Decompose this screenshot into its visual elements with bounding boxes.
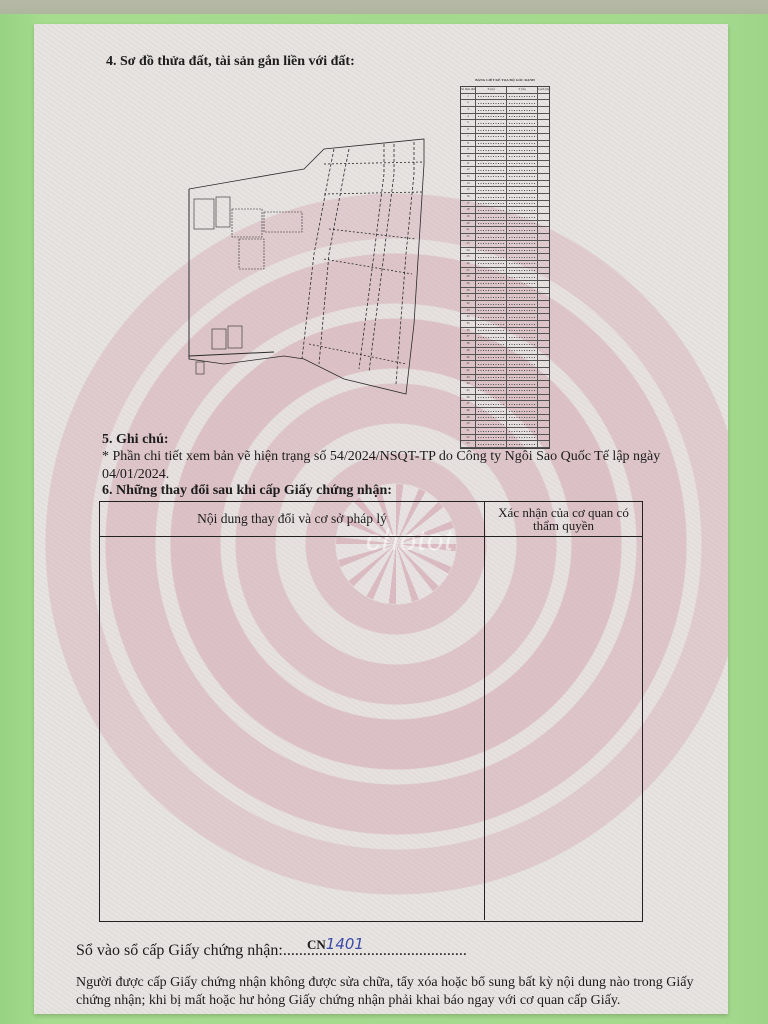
section-6-heading: 6. Những thay đổi sau khi cấp Giấy chứng… [102,483,392,499]
coordinate-cell [538,107,549,113]
coordinate-cell [507,355,538,361]
coordinate-cell [507,100,538,106]
coordinate-cell [507,214,538,220]
vertex-label: 35 [461,321,476,327]
coordinate-cell [476,361,507,367]
column-header-confirmation: Xác nhận của cơ quan có thẩm quyền [485,502,642,536]
coordinate-cell [538,174,549,180]
coordinate-row: 37 [461,334,549,341]
coordinate-cell [476,321,507,327]
vertex-label: 8 [461,141,476,147]
coordinate-cell [538,288,549,294]
coordinate-row: 33 [461,308,549,315]
coordinate-row: 36 [461,328,549,335]
coordinate-row: 42 [461,368,549,375]
vertex-label: 2 [461,100,476,106]
coordinate-cell [538,441,549,447]
coordinate-cell [476,221,507,227]
coordinate-row: 29 [461,281,549,288]
coordinate-cell [507,301,538,307]
coordinate-cell [538,334,549,340]
coordinate-cell [507,227,538,233]
coordinate-grid: Số hiệu đỉnh X (m) Y (m) Cạnh (m) 123456… [460,86,550,449]
coordinate-cell [476,421,507,427]
coordinate-row: 13 [461,174,549,181]
coordinate-row: 39 [461,348,549,355]
changes-table-header: Nội dung thay đổi và cơ sở pháp lý Xác n… [100,502,642,537]
coordinate-cell [476,261,507,267]
coordinate-cell [538,348,549,354]
coordinate-cell [507,201,538,207]
coordinate-row: 7 [461,134,549,141]
column-header-content: Nội dung thay đổi và cơ sở pháp lý [100,502,485,536]
certificate-page: chotot 4. Sơ đồ thửa đất, tài sản gắn li… [34,24,728,1014]
coordinate-cell [476,274,507,280]
changes-table-body [100,537,642,920]
vertex-label: 18 [461,207,476,213]
coordinate-cell [507,395,538,401]
vertex-label: 39 [461,348,476,354]
coordinate-cell [507,441,538,447]
coordinate-cell [476,187,507,193]
coordinate-row: 52 [461,435,549,442]
vertex-label: 41 [461,361,476,367]
coordinate-cell [538,314,549,320]
coordinate-cell [538,281,549,287]
vertex-label: 10 [461,154,476,160]
coordinate-cell [507,321,538,327]
coordinate-cell [476,441,507,447]
coordinate-row: 5 [461,120,549,127]
coordinate-cell [538,261,549,267]
coordinate-cell [507,368,538,374]
coordinate-cell [507,274,538,280]
coordinate-row: 15 [461,187,549,194]
coordinate-header-row: Số hiệu đỉnh X (m) Y (m) Cạnh (m) [461,87,549,94]
coordinate-cell [476,227,507,233]
coordinate-cell [538,254,549,260]
vertex-label: 44 [461,381,476,387]
coordinate-cell [507,435,538,441]
coordinate-row: 4 [461,114,549,121]
vertex-label: 19 [461,214,476,220]
coordinate-cell [538,248,549,254]
coordinate-cell [476,381,507,387]
coordinate-cell [507,334,538,340]
coordinate-cell [507,281,538,287]
coordinate-row: 49 [461,415,549,422]
coordinate-cell [507,167,538,173]
coordinate-cell [507,120,538,126]
coordinate-row: 16 [461,194,549,201]
coordinate-cell [507,234,538,240]
coordinate-cell [507,401,538,407]
vertex-label: 48 [461,408,476,414]
section-4-heading: 4. Sơ đồ thửa đất, tài sản gắn liền với … [106,54,355,70]
coordinate-cell [538,221,549,227]
coordinate-cell [476,107,507,113]
vertex-label: 24 [461,248,476,254]
coordinate-cell [538,207,549,213]
coordinate-row: 27 [461,268,549,275]
coordinate-cell [538,134,549,140]
vertex-label: 38 [461,341,476,347]
coordinate-cell [476,415,507,421]
coordinate-cell [476,194,507,200]
coord-col-header: Cạnh (m) [538,87,549,93]
coordinate-row: 25 [461,254,549,261]
coordinate-cell [507,141,538,147]
coordinate-row: 2 [461,100,549,107]
coordinate-cell [538,355,549,361]
coordinate-cell [538,114,549,120]
coordinate-cell [476,234,507,240]
vertex-label: 53 [461,441,476,447]
coordinate-cell [476,141,507,147]
coordinate-row: 35 [461,321,549,328]
coordinate-cell [538,294,549,300]
coordinate-row: 9 [461,147,549,154]
coordinate-cell [476,154,507,160]
changes-table: Nội dung thay đổi và cơ sở pháp lý Xác n… [99,501,643,922]
vertex-label: 45 [461,388,476,394]
coordinate-row: 50 [461,421,549,428]
coordinate-cell [538,234,549,240]
coordinate-cell [476,100,507,106]
coordinate-cell [538,368,549,374]
coordinate-row: 26 [461,261,549,268]
coordinate-cell [538,167,549,173]
coordinate-row: 43 [461,375,549,382]
coordinate-cell [507,341,538,347]
vertex-label: 49 [461,415,476,421]
coordinate-cell [507,381,538,387]
coordinate-cell [476,395,507,401]
coordinate-cell [507,308,538,314]
coordinate-cell [507,261,538,267]
coordinate-cell [538,341,549,347]
coordinate-cell [507,375,538,381]
vertex-label: 3 [461,107,476,113]
coordinate-cell [538,127,549,133]
coordinate-row: 40 [461,355,549,362]
plot-diagram [184,94,474,414]
coordinate-row: 47 [461,401,549,408]
coordinate-row: 1 [461,94,549,101]
coordinate-cell [538,194,549,200]
vertex-label: 25 [461,254,476,260]
coordinate-cell [476,94,507,100]
coordinate-cell [538,268,549,274]
coordinate-cell [538,141,549,147]
vertex-label: 29 [461,281,476,287]
coordinate-row: 32 [461,301,549,308]
coordinate-row: 17 [461,201,549,208]
coordinate-cell [538,415,549,421]
coordinate-cell [476,147,507,153]
coordinate-row: 30 [461,288,549,295]
coordinate-cell [538,161,549,167]
vertex-label: 26 [461,261,476,267]
coordinate-row: 34 [461,314,549,321]
coordinate-cell [476,167,507,173]
coordinate-row: 20 [461,221,549,228]
coordinate-row: 41 [461,361,549,368]
coordinate-cell [538,395,549,401]
vertex-label: 36 [461,328,476,334]
coordinate-cell [507,428,538,434]
coordinate-cell [476,348,507,354]
coordinate-cell [507,221,538,227]
coordinate-cell [476,241,507,247]
coordinate-row: 48 [461,408,549,415]
coord-col-header: Số hiệu đỉnh [461,87,476,93]
coordinate-cell [476,161,507,167]
coordinate-row: 10 [461,154,549,161]
coordinate-cell [538,120,549,126]
coordinate-cell [507,348,538,354]
registration-number: CN1401 [307,935,364,953]
coordinate-cell [507,268,538,274]
coordinate-cell [476,207,507,213]
coord-col-header: X (m) [476,87,507,93]
vertex-label: 15 [461,187,476,193]
coordinate-cell [476,254,507,260]
coordinate-cell [507,161,538,167]
coordinate-cell [476,301,507,307]
coordinate-cell [476,355,507,361]
coordinate-cell [507,94,538,100]
vertex-label: 16 [461,194,476,200]
coordinate-cell [538,94,549,100]
coordinate-cell [538,388,549,394]
coordinate-cell [507,328,538,334]
coordinate-row: 8 [461,141,549,148]
vertex-label: 7 [461,134,476,140]
coordinate-cell [507,114,538,120]
vertex-label: 20 [461,221,476,227]
coordinate-cell [476,201,507,207]
vertex-label: 47 [461,401,476,407]
vertex-label: 6 [461,127,476,133]
coordinate-row: 18 [461,207,549,214]
coordinate-row: 14 [461,181,549,188]
coordinate-cell [476,174,507,180]
coordinate-table: BẢNG LIỆT KÊ TỌA ĐỘ GÓC RANH Số hiệu đỉn… [460,78,550,403]
coordinate-row: 46 [461,395,549,402]
coordinate-cell [507,107,538,113]
coordinate-cell [538,408,549,414]
coordinate-row: 3 [461,107,549,114]
coordinate-cell [538,308,549,314]
coordinate-row: 19 [461,214,549,221]
coordinate-table-title: BẢNG LIỆT KÊ TỌA ĐỘ GÓC RANH [460,78,550,86]
vertex-label: 34 [461,314,476,320]
coordinate-cell [507,314,538,320]
vertex-label: 37 [461,334,476,340]
coordinate-cell [476,308,507,314]
registration-prefix: CN [307,937,326,952]
coordinate-cell [476,114,507,120]
coordinate-cell [538,321,549,327]
vertex-label: 11 [461,161,476,167]
coordinate-cell [507,248,538,254]
coordinate-cell [538,241,549,247]
coordinate-cell [507,187,538,193]
section-5-heading: 5. Ghi chú: [102,432,169,448]
coordinate-row: 24 [461,248,549,255]
coordinate-cell [507,388,538,394]
coordinate-row: 11 [461,161,549,168]
coordinate-cell [507,134,538,140]
coordinate-cell [538,214,549,220]
coordinate-cell [538,328,549,334]
coordinate-row: 38 [461,341,549,348]
coordinate-cell [507,408,538,414]
coordinate-cell [476,314,507,320]
coordinate-cell [538,375,549,381]
coordinate-cell [538,187,549,193]
coordinate-cell [507,421,538,427]
coordinate-cell [507,241,538,247]
vertex-label: 31 [461,294,476,300]
coordinate-cell [507,415,538,421]
coordinate-cell [476,368,507,374]
coordinate-cell [476,435,507,441]
vertex-label: 46 [461,395,476,401]
vertex-label: 51 [461,428,476,434]
coordinate-cell [476,268,507,274]
coordinate-cell [476,341,507,347]
vertex-label: 22 [461,234,476,240]
coordinate-cell [538,435,549,441]
coordinate-cell [476,428,507,434]
vertex-label: 4 [461,114,476,120]
coordinate-row: 22 [461,234,549,241]
vertex-label: 32 [461,301,476,307]
coordinate-row: 23 [461,241,549,248]
coordinate-cell [538,361,549,367]
legal-warning: Người được cấp Giấy chứng nhận không đượ… [76,974,716,1010]
coordinate-cell [507,288,538,294]
notes-text: * Phần chi tiết xem bản vẽ hiện trạng số… [102,448,702,484]
coordinate-cell [476,401,507,407]
coordinate-cell [507,174,538,180]
coordinate-cell [538,401,549,407]
coordinate-cell [476,408,507,414]
vertex-label: 52 [461,435,476,441]
coordinate-cell [476,294,507,300]
handwritten-number: 1401 [326,935,364,953]
coordinate-cell [507,194,538,200]
vertex-label: 1 [461,94,476,100]
coordinate-cell [538,381,549,387]
vertex-label: 9 [461,147,476,153]
confirmation-cell [485,537,642,920]
coordinate-cell [476,334,507,340]
coordinate-cell [476,120,507,126]
coordinate-cell [538,428,549,434]
vertex-label: 14 [461,181,476,187]
coordinate-cell [476,288,507,294]
vertex-label: 27 [461,268,476,274]
coordinate-cell [476,388,507,394]
coordinate-cell [476,214,507,220]
content-cell [100,537,485,920]
vertex-label: 30 [461,288,476,294]
coordinate-cell [538,301,549,307]
coord-col-header: Y (m) [507,87,538,93]
coordinate-cell [507,294,538,300]
registration-label: Sổ vào sổ cấp Giấy chứng nhận: [76,942,283,959]
coordinate-cell [476,127,507,133]
coordinate-cell [476,181,507,187]
coordinate-cell [538,181,549,187]
vertex-label: 23 [461,241,476,247]
vertex-label: 21 [461,227,476,233]
coordinate-row: 44 [461,381,549,388]
coordinate-cell [507,147,538,153]
registration-line: Sổ vào sổ cấp Giấy chứng nhận:..........… [76,942,467,960]
vertex-label: 5 [461,120,476,126]
coordinate-cell [538,274,549,280]
coordinate-cell [507,361,538,367]
coordinate-cell [507,207,538,213]
coordinate-row: 31 [461,294,549,301]
coordinate-row: 6 [461,127,549,134]
vertex-label: 33 [461,308,476,314]
coordinate-row: 51 [461,428,549,435]
vertex-label: 17 [461,201,476,207]
coordinate-row: 12 [461,167,549,174]
vertex-label: 12 [461,167,476,173]
coordinate-cell [538,421,549,427]
vertex-label: 43 [461,375,476,381]
coordinate-cell [538,154,549,160]
vertex-label: 50 [461,421,476,427]
vertex-label: 13 [461,174,476,180]
coordinate-cell [538,147,549,153]
coordinate-cell [507,127,538,133]
coordinate-cell [538,227,549,233]
coordinate-cell [538,100,549,106]
coordinate-row: 28 [461,274,549,281]
coordinate-cell [476,328,507,334]
coordinate-cell [507,254,538,260]
coordinate-cell [476,134,507,140]
coordinate-cell [476,281,507,287]
coordinate-cell [507,154,538,160]
vertex-label: 28 [461,274,476,280]
vertex-label: 42 [461,368,476,374]
coordinate-cell [538,201,549,207]
coordinate-row: 45 [461,388,549,395]
coordinate-cell [507,181,538,187]
coordinate-cell [476,375,507,381]
vertex-label: 40 [461,355,476,361]
coordinate-row: 21 [461,227,549,234]
coordinate-cell [476,248,507,254]
